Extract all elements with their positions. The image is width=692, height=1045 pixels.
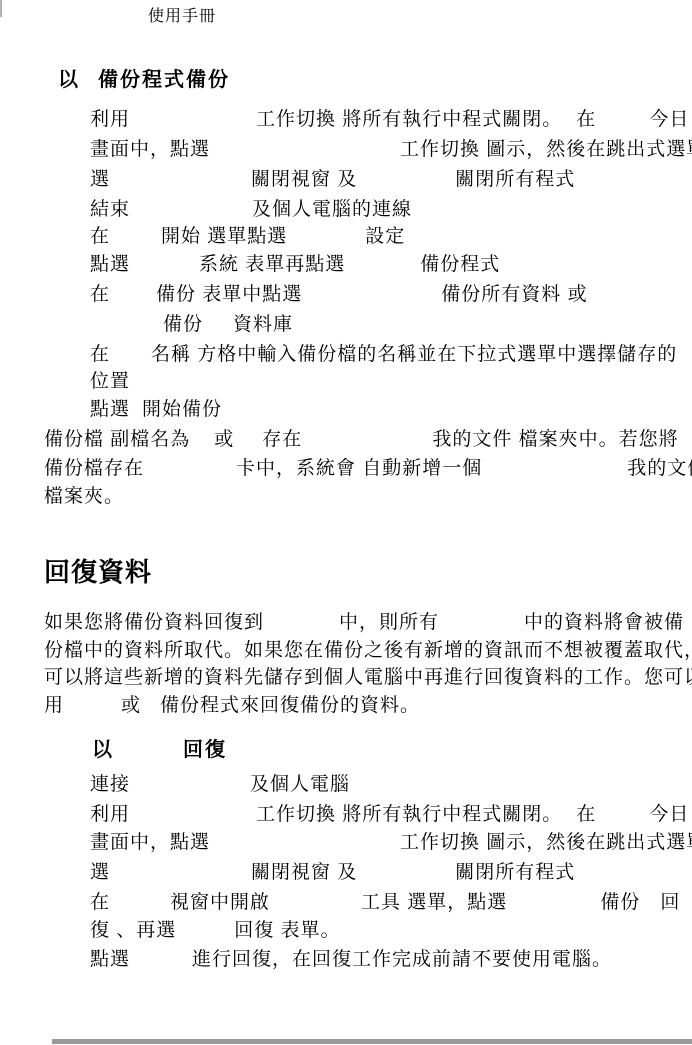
text-segment: 備份程式 bbox=[420, 254, 500, 275]
text-segment: 開始備份 bbox=[142, 399, 222, 420]
text-segment: 回復資料 bbox=[44, 557, 152, 587]
restore-step-connect: 連接及個人電腦 bbox=[90, 775, 350, 794]
missing-text-gap bbox=[357, 877, 455, 878]
text-segment: 回復 表單。 bbox=[234, 920, 340, 941]
text-segment: 備份所有資料 或 bbox=[441, 284, 587, 305]
missing-text-gap bbox=[640, 907, 660, 908]
text-segment: 回 bbox=[660, 892, 680, 913]
text-segment: 備份 表單中點選 bbox=[156, 284, 302, 305]
text-segment: 工作切換 圖示，然後在跳出式選單中點 bbox=[400, 139, 692, 160]
missing-text-gap bbox=[130, 789, 250, 790]
text-segment: 存在 bbox=[262, 429, 302, 450]
missing-text-gap bbox=[562, 124, 576, 125]
missing-text-gap bbox=[210, 847, 400, 848]
restore-step-close-programs-cont2: 選關閉視窗 及關閉所有程式 bbox=[90, 863, 575, 882]
restore-intro-line4: 用或備份程式來回復備份的資料。 bbox=[44, 696, 420, 715]
missing-text-gap bbox=[596, 819, 649, 820]
text-segment: 在 bbox=[90, 344, 110, 365]
text-segment: 關閉視窗 及 bbox=[251, 862, 357, 883]
missing-text-gap bbox=[130, 414, 142, 415]
text-segment: 關閉視窗 及 bbox=[251, 169, 357, 190]
missing-text-gap bbox=[110, 184, 251, 185]
text-segment: 點選 bbox=[90, 949, 130, 970]
missing-text-gap bbox=[130, 269, 199, 270]
text-segment: 或 bbox=[214, 429, 234, 450]
backup-step-close-programs-cont2: 選關閉視窗 及關閉所有程式 bbox=[90, 170, 575, 189]
chapter-heading-restore-data: 回復資料 bbox=[44, 559, 152, 585]
text-segment: 連接 bbox=[90, 774, 130, 795]
restore-step-close-programs-cont1: 畫面中，點選工作切換 圖示，然後在跳出式選單中點 bbox=[90, 833, 692, 852]
missing-text-gap bbox=[64, 710, 121, 711]
missing-text-gap bbox=[203, 329, 233, 330]
restore-intro-line2: 份檔中的資料所取代。如果您在備份之後有新增的資訊而不想被覆蓋取代，您 bbox=[44, 641, 692, 660]
missing-text-gap bbox=[110, 877, 251, 878]
missing-text-gap bbox=[234, 444, 262, 445]
text-segment: 視窗中開啟 bbox=[170, 892, 270, 913]
text-segment: 備份 bbox=[163, 314, 203, 335]
missing-text-gap bbox=[130, 214, 252, 215]
text-segment: 名稱 方格中輸入備份檔的名稱並在下拉式選單中選擇儲存的 bbox=[151, 344, 677, 365]
text-segment: 可以將這些新增的資料先儲存到個人電腦中再進行回復資料的工作。您可以利 bbox=[44, 667, 692, 688]
missing-text-gap bbox=[110, 907, 170, 908]
text-segment: 卡中，系統會 自動新增一個 bbox=[236, 458, 482, 479]
missing-text-gap bbox=[144, 473, 236, 474]
missing-text-gap bbox=[80, 85, 98, 86]
text-segment: 資料庫 bbox=[233, 314, 293, 335]
restore-step-tools-menu-cont: 復 、再選回復 表單。 bbox=[90, 921, 341, 940]
missing-text-gap bbox=[190, 444, 214, 445]
missing-text-gap bbox=[210, 154, 400, 155]
missing-text-gap bbox=[302, 299, 441, 300]
text-segment: 開始 選單點選 bbox=[161, 226, 287, 247]
missing-text-gap bbox=[270, 907, 361, 908]
text-segment: 在 bbox=[576, 109, 596, 130]
running-header: 使用手冊 bbox=[148, 3, 216, 26]
missing-text-gap bbox=[357, 184, 455, 185]
text-segment: 備份程式備份 bbox=[98, 69, 230, 91]
missing-text-gap bbox=[482, 473, 627, 474]
text-segment: 工作切換 圖示，然後在跳出式選單中點 bbox=[400, 832, 692, 853]
missing-text-gap bbox=[114, 755, 183, 756]
text-segment: 份檔中的資料所取代。如果您在備份之後有新增的資訊而不想被覆蓋取代，您 bbox=[44, 640, 692, 661]
text-segment: 在 bbox=[90, 284, 110, 305]
text-segment: 及個人電腦的連線 bbox=[252, 199, 412, 220]
restore-step-close-programs: 利用工作切換 將所有執行中程式關閉。在今日 bbox=[90, 805, 689, 824]
subheading-restore-with: 以回復 bbox=[92, 740, 227, 760]
missing-text-gap bbox=[596, 124, 649, 125]
missing-text-gap bbox=[562, 819, 576, 820]
backup-step-close-programs: 利用工作切換 將所有執行中程式關閉。在今日 bbox=[90, 110, 689, 129]
document-page: 使用手冊 以備份程式備份利用工作切換 將所有執行中程式關閉。在今日畫面中，點選工… bbox=[0, 0, 692, 1045]
backup-step-name-box-cont: 位置 bbox=[90, 372, 130, 391]
missing-text-gap bbox=[176, 935, 234, 936]
footer-rule bbox=[52, 1039, 692, 1044]
text-segment: 進行回復，在回復工作完成前請不要使用電腦。 bbox=[192, 949, 612, 970]
text-segment: 以 bbox=[92, 739, 114, 761]
backup-step-start-backup: 點選開始備份 bbox=[90, 400, 222, 419]
text-segment: 工作切換 將所有執行中程式關閉。 bbox=[256, 804, 562, 825]
text-segment: 在 bbox=[576, 804, 596, 825]
backup-step-name-box: 在名稱 方格中輸入備份檔的名稱並在下拉式選單中選擇儲存的 bbox=[90, 345, 677, 364]
text-segment: 我的文件 bbox=[627, 458, 692, 479]
backup-note-line1: 備份檔 副檔名為或存在我的文件 檔案夾中。若您將 bbox=[44, 430, 679, 449]
backup-step-start-settings: 在開始 選單點選設定 bbox=[90, 227, 405, 246]
restore-step-start-restore: 點選進行回復，在回復工作完成前請不要使用電腦。 bbox=[90, 950, 612, 969]
text-segment: 關閉所有程式 bbox=[455, 862, 575, 883]
missing-text-gap bbox=[264, 627, 339, 628]
text-segment: 中，則所有 bbox=[339, 612, 439, 633]
backup-step-close-programs-cont1: 畫面中，點選工作切換 圖示，然後在跳出式選單中點 bbox=[90, 140, 692, 159]
text-segment: 點選 bbox=[90, 254, 130, 275]
missing-text-gap bbox=[110, 359, 151, 360]
restore-intro-line1: 如果您將備份資料回復到中，則所有中的資料將會被備 bbox=[44, 613, 684, 632]
text-segment: 今日 bbox=[649, 804, 689, 825]
text-segment: 以 bbox=[58, 69, 80, 91]
text-segment: 選 bbox=[90, 862, 110, 883]
text-segment: 位置 bbox=[90, 371, 130, 392]
text-segment: 備份檔 副檔名為 bbox=[44, 429, 190, 450]
missing-text-gap bbox=[141, 710, 160, 711]
text-segment: 中的資料將會被備 bbox=[524, 612, 684, 633]
backup-note-line2: 備份檔存在卡中，系統會 自動新增一個我的文件 bbox=[44, 459, 692, 478]
missing-text-gap bbox=[345, 269, 420, 270]
text-segment: 如果您將備份資料回復到 bbox=[44, 612, 264, 633]
backup-step-backup-tab: 在備份 表單中點選備份所有資料 或 bbox=[90, 285, 588, 304]
section-heading-backup-with-program: 以備份程式備份 bbox=[58, 70, 230, 90]
text-segment: 畫面中，點選 bbox=[90, 832, 210, 853]
missing-text-gap bbox=[110, 299, 156, 300]
text-segment: 在 bbox=[90, 226, 110, 247]
missing-text-gap bbox=[507, 907, 600, 908]
missing-text-gap bbox=[287, 241, 365, 242]
restore-step-tools-menu: 在視窗中開啟工具 選單，點選備份回 bbox=[90, 893, 680, 912]
text-segment: 及個人電腦 bbox=[250, 774, 350, 795]
text-segment: 選 bbox=[90, 169, 110, 190]
text-segment: 在 bbox=[90, 892, 110, 913]
missing-text-gap bbox=[130, 124, 256, 125]
text-segment: 或 bbox=[121, 695, 141, 716]
text-segment: 備份檔存在 bbox=[44, 458, 144, 479]
missing-text-gap bbox=[302, 444, 432, 445]
page-edge-tick bbox=[0, 0, 2, 17]
missing-text-gap bbox=[130, 819, 256, 820]
restore-intro-line3: 可以將這些新增的資料先儲存到個人電腦中再進行回復資料的工作。您可以利 bbox=[44, 668, 692, 687]
text-segment: 結束 bbox=[90, 199, 130, 220]
text-segment: 我的文件 檔案夾中。若您將 bbox=[432, 429, 678, 450]
text-segment: 利用 bbox=[90, 804, 130, 825]
text-segment: 點選 bbox=[90, 399, 130, 420]
backup-step-system-tab: 點選系統 表單再點選備份程式 bbox=[90, 255, 500, 274]
text-segment: 利用 bbox=[90, 109, 130, 130]
text-segment: 畫面中，點選 bbox=[90, 139, 210, 160]
text-segment: 關閉所有程式 bbox=[455, 169, 575, 190]
text-segment: 用 bbox=[44, 695, 64, 716]
text-segment: 備份程式來回復備份的資料。 bbox=[160, 695, 420, 716]
text-segment: 工作切換 將所有執行中程式關閉。 bbox=[256, 109, 562, 130]
backup-step-backup-tab-cont: 備份資料庫 bbox=[163, 315, 293, 334]
text-segment: 回復 bbox=[183, 739, 227, 761]
text-segment: 工具 選單，點選 bbox=[361, 892, 507, 913]
text-segment: 今日 bbox=[649, 109, 689, 130]
text-segment: 檔案夾。 bbox=[44, 486, 124, 507]
text-segment: 復 、再選 bbox=[90, 920, 176, 941]
missing-text-gap bbox=[110, 241, 161, 242]
text-segment: 系統 表單再點選 bbox=[199, 254, 345, 275]
backup-step-disconnect: 結束及個人電腦的連線 bbox=[90, 200, 412, 219]
missing-text-gap bbox=[130, 964, 192, 965]
text-segment: 備份 bbox=[600, 892, 640, 913]
backup-note-line3: 檔案夾。 bbox=[44, 487, 124, 506]
text-segment: 設定 bbox=[365, 226, 405, 247]
missing-text-gap bbox=[439, 627, 524, 628]
